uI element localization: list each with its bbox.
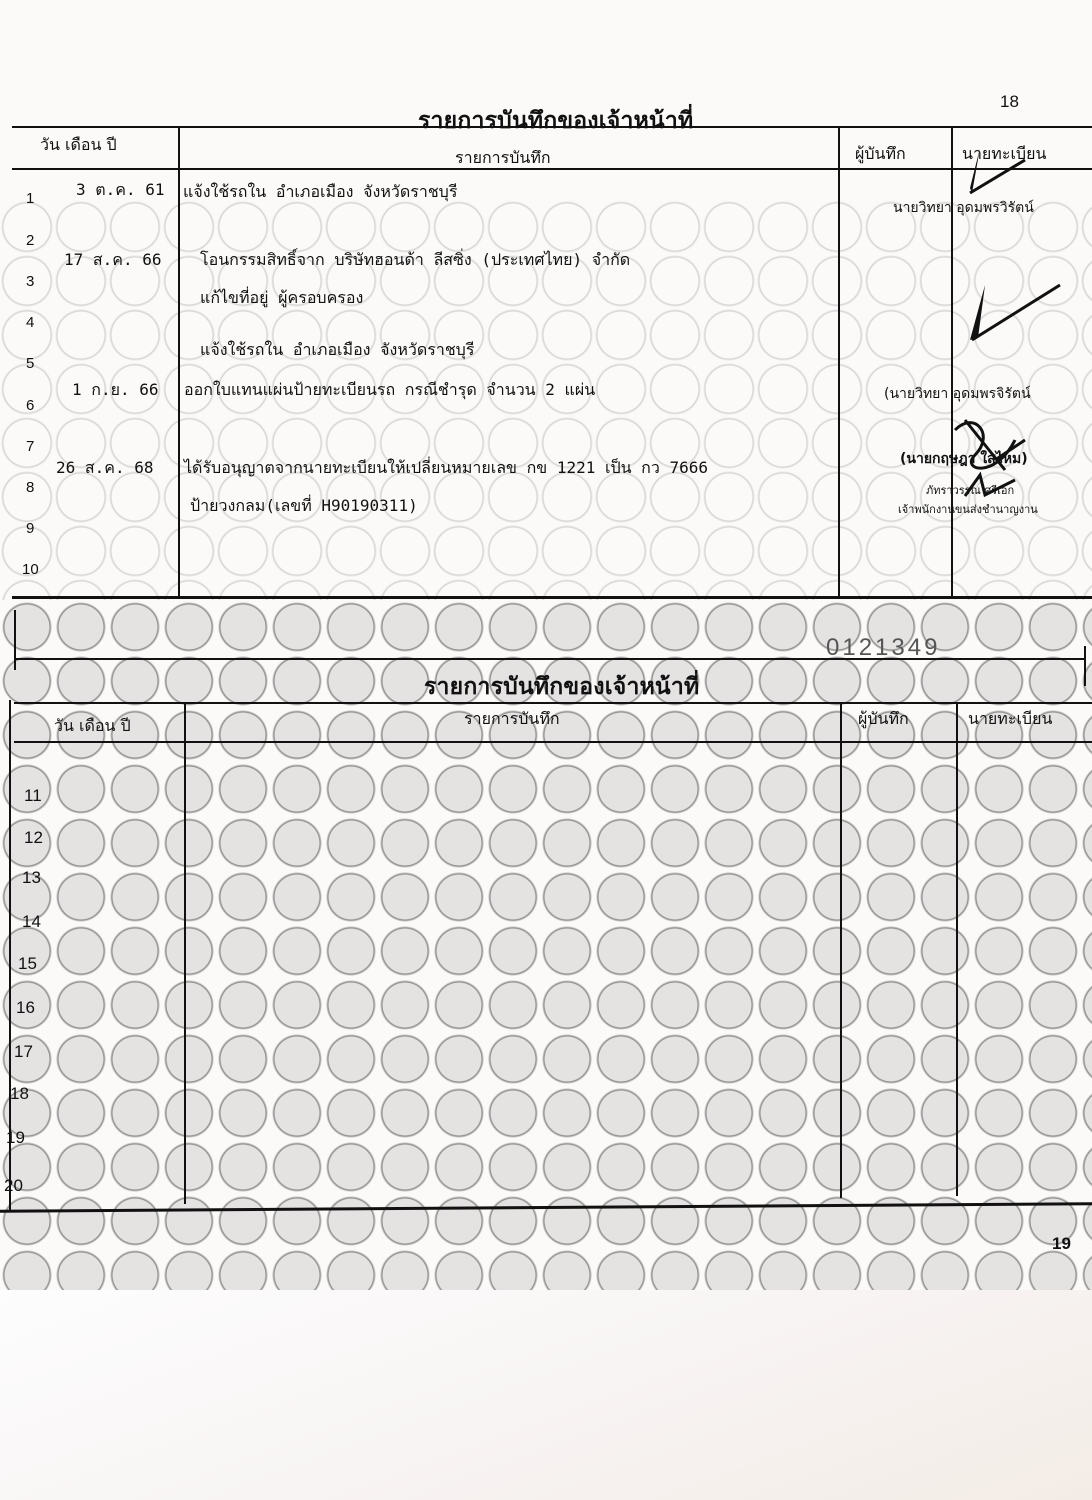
column2-divider-date bbox=[184, 702, 186, 1204]
entry-text: ป้ายวงกลม(เลขที่ H90190311) bbox=[190, 494, 418, 519]
page-number-top: 18 bbox=[1000, 92, 1019, 112]
page-title-bottom: รายการบันทึกของเจ้าหน้าที่ bbox=[424, 669, 699, 705]
row-number: 9 bbox=[26, 520, 34, 537]
signature-mark bbox=[945, 400, 1045, 500]
table-bottom-border bbox=[12, 596, 1092, 599]
row-number: 17 bbox=[14, 1042, 33, 1062]
entry-date: 3 ต.ค. 61 bbox=[76, 178, 165, 203]
header2-registrar: นายทะเบียน bbox=[968, 707, 1052, 732]
entry-text: โอนกรรมสิทธิ์จาก บริษัทฮอนด้า ลีสซิ่ง (ป… bbox=[200, 248, 630, 273]
entry-text: ได้รับอนุญาตจากนายทะเบียนให้เปลี่ยนหมายเ… bbox=[184, 456, 708, 481]
page-edge-left bbox=[14, 610, 16, 670]
row-number: 11 bbox=[24, 786, 42, 806]
header2-recorder: ผู้บันทึก bbox=[858, 707, 909, 732]
page-edge-right bbox=[1084, 646, 1086, 686]
entry-date: 26 ส.ค. 68 bbox=[56, 456, 154, 481]
row-number: 6 bbox=[26, 397, 34, 414]
entry-text: แจ้งใช้รถใน อำเภอเมือง จังหวัดราชบุรี bbox=[183, 180, 457, 205]
row-number: 1 bbox=[26, 190, 34, 207]
row-number: 13 bbox=[22, 868, 41, 888]
row-number: 7 bbox=[26, 438, 34, 455]
signature-mark bbox=[940, 138, 1030, 208]
paper-shadow bbox=[0, 1290, 1092, 1500]
entry-text: ออกใบแทนแผ่นป้ายทะเบียนรถ กรณีชำรุด จำนว… bbox=[184, 378, 595, 403]
entry-date: 1 ก.ย. 66 bbox=[72, 378, 159, 403]
header-entry: รายการบันทึก bbox=[455, 146, 551, 171]
row-number: 18 bbox=[10, 1084, 29, 1104]
entry-text: แจ้งใช้รถใน อำเภอเมือง จังหวัดราชบุรี bbox=[200, 338, 474, 363]
row-number: 10 bbox=[22, 561, 39, 578]
row-number: 20 bbox=[4, 1176, 23, 1196]
header-recorder: ผู้บันทึก bbox=[855, 142, 906, 167]
entry-text: แก้ไขที่อยู่ ผู้ครอบครอง bbox=[200, 286, 363, 311]
serial-number: 0121349 bbox=[826, 634, 940, 662]
row-number: 12 bbox=[24, 828, 43, 848]
row-number: 14 bbox=[22, 912, 41, 932]
row-number: 5 bbox=[26, 355, 34, 372]
signature-mark bbox=[950, 280, 1070, 350]
table2-bottom-border bbox=[0, 1202, 1092, 1213]
column2-divider-recorder bbox=[956, 702, 958, 1196]
row-number: 4 bbox=[26, 314, 34, 331]
officer-position: เจ้าพนักงานขนส่งชำนาญงาน bbox=[898, 500, 1038, 518]
column-divider-date bbox=[178, 126, 180, 596]
row-number: 2 bbox=[26, 232, 34, 249]
column2-divider-entry bbox=[840, 702, 842, 1198]
row-number: 19 bbox=[6, 1128, 25, 1148]
header-date: วัน เดือน ปี bbox=[40, 133, 117, 158]
row-number: 8 bbox=[26, 479, 34, 496]
table2-top-border bbox=[14, 702, 1092, 704]
header2-entry: รายการบันทึก bbox=[464, 707, 560, 732]
page-title-top: รายการบันทึกของเจ้าหน้าที่ bbox=[418, 103, 693, 139]
column-divider-entry bbox=[838, 126, 840, 596]
row-number: 16 bbox=[16, 998, 35, 1018]
table-header-divider bbox=[12, 168, 1092, 170]
header2-date: วัน เดือน ปี bbox=[54, 714, 131, 739]
entry-date: 17 ส.ค. 66 bbox=[64, 248, 162, 273]
table2-header-divider bbox=[14, 741, 1092, 743]
row-number: 15 bbox=[18, 954, 37, 974]
row-number: 3 bbox=[26, 273, 34, 290]
table-top-border bbox=[12, 126, 1092, 128]
page-number-bottom: 19 bbox=[1052, 1234, 1071, 1254]
